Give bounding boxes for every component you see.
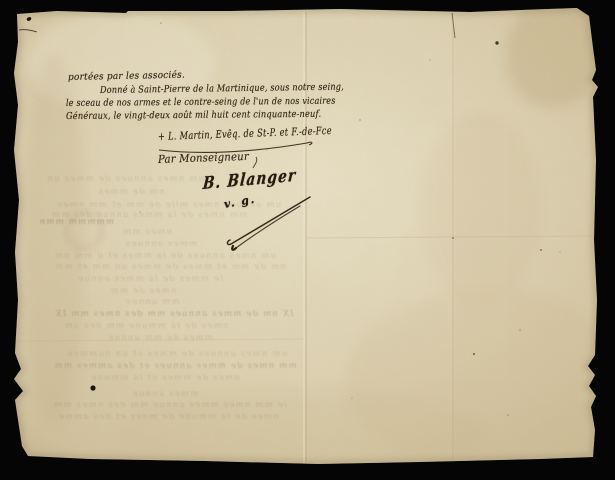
- paper-stains: [14, 0, 615, 470]
- paper-texture: [14, 0, 615, 470]
- paper-artwork: [0, 0, 615, 480]
- scanned-document-photo: um nmes annues de mmes un d mmlenm de mm…: [0, 0, 615, 480]
